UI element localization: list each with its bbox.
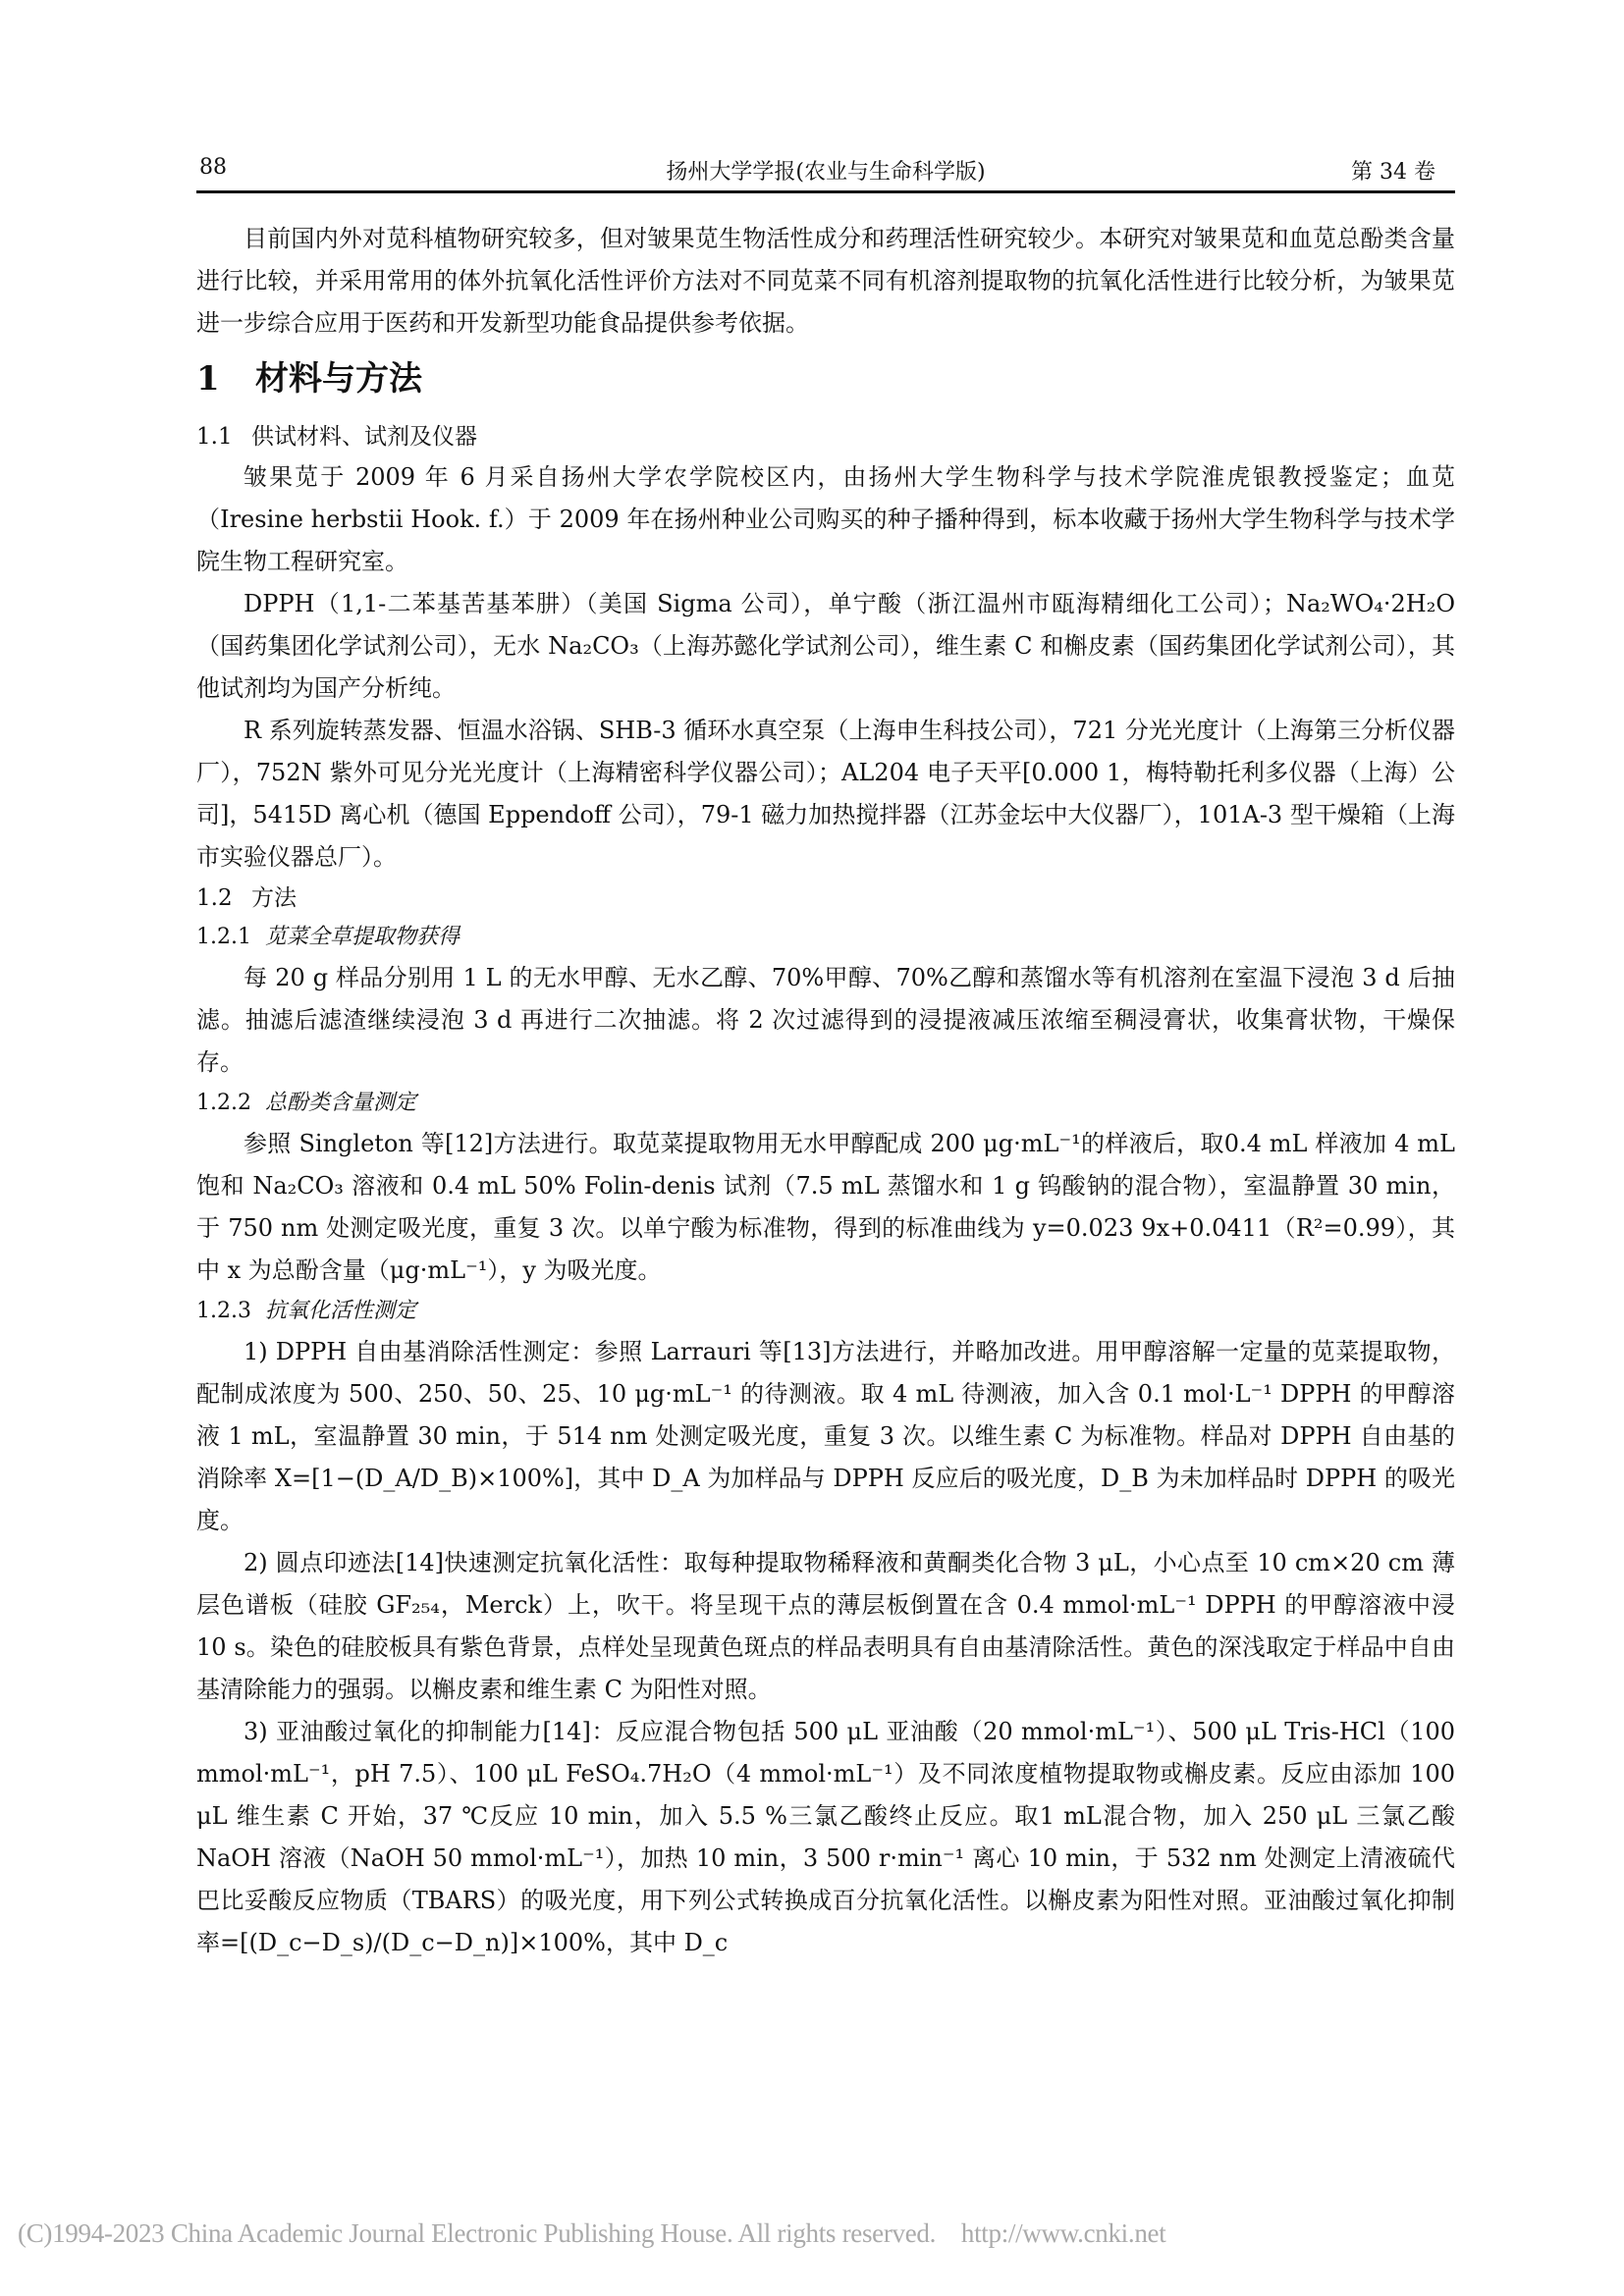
- subsubsection-title: 总酚类含量测定: [265, 1091, 416, 1115]
- paragraph-dpph: 1) DPPH 自由基消除活性测定：参照 Larrauri 等[13]方法进行，…: [196, 1331, 1455, 1542]
- paragraph-instruments: R 系列旋转蒸发器、恒温水浴锅、SHB-3 循环水真空泵（上海申生科技公司），7…: [196, 710, 1455, 879]
- paragraph-total-phenol: 参照 Singleton 等[12]方法进行。取苋菜提取物用无水甲醇配成 200…: [196, 1123, 1455, 1292]
- article-body: 目前国内外对苋科植物研究较多，但对皱果苋生物活性成分和药理活性研究较少。本研究对…: [196, 218, 1455, 1964]
- intro-paragraph: 目前国内外对苋科植物研究较多，但对皱果苋生物活性成分和药理活性研究较少。本研究对…: [196, 218, 1455, 345]
- section-title: 材料与方法: [255, 359, 422, 399]
- running-header: 88 扬州大学学报(农业与生命科学版) 第 34 卷: [196, 147, 1455, 193]
- paragraph-linoleic: 3) 亚油酸过氧化的抑制能力[14]：反应混合物包括 500 μL 亚油酸（20…: [196, 1711, 1455, 1964]
- section-number: 1: [196, 354, 255, 403]
- subsubsection-number: 1.2.3: [196, 1292, 265, 1331]
- subsubsection-title: 苋菜全草提取物获得: [265, 925, 460, 949]
- subsubsection-heading-1-2-3: 1.2.3抗氧化活性测定: [196, 1292, 1455, 1331]
- volume-label: 第 34 卷: [1351, 155, 1435, 186]
- cnki-link[interactable]: http://www.cnki.net: [961, 2218, 1166, 2248]
- subsection-heading-1-2: 1.2方法: [196, 879, 1455, 918]
- paragraph-extraction: 每 20 g 样品分别用 1 L 的无水甲醇、无水乙醇、70%甲醇、70%乙醇和…: [196, 957, 1455, 1084]
- subsubsection-number: 1.2.2: [196, 1084, 265, 1123]
- journal-title: 扬州大学学报(农业与生命科学版): [196, 155, 1455, 186]
- copyright-text: (C)1994-2023 China Academic Journal Elec…: [18, 2218, 936, 2248]
- section-heading-1: 1材料与方法: [196, 354, 1455, 403]
- subsection-title: 供试材料、试剂及仪器: [251, 424, 477, 450]
- subsubsection-heading-1-2-2: 1.2.2总酚类含量测定: [196, 1084, 1455, 1123]
- copyright-footer: (C)1994-2023 China Academic Journal Elec…: [18, 2218, 1165, 2249]
- subsubsection-number: 1.2.1: [196, 918, 265, 957]
- paragraph-dot-blot: 2) 圆点印迹法[14]快速测定抗氧化活性：取每种提取物稀释液和黄酮类化合物 3…: [196, 1542, 1455, 1711]
- paragraph-reagents: DPPH（1,1-二苯基苦基苯肼）（美国 Sigma 公司），单宁酸（浙江温州市…: [196, 583, 1455, 710]
- subsection-heading-1-1: 1.1供试材料、试剂及仪器: [196, 417, 1455, 456]
- paragraph-materials: 皱果苋于 2009 年 6 月采自扬州大学农学院校区内，由扬州大学生物科学与技术…: [196, 456, 1455, 583]
- subsection-number: 1.2: [196, 879, 251, 918]
- subsubsection-title: 抗氧化活性测定: [265, 1299, 416, 1323]
- subsubsection-heading-1-2-1: 1.2.1苋菜全草提取物获得: [196, 918, 1455, 957]
- subsection-number: 1.1: [196, 417, 251, 456]
- subsection-title: 方法: [251, 885, 297, 911]
